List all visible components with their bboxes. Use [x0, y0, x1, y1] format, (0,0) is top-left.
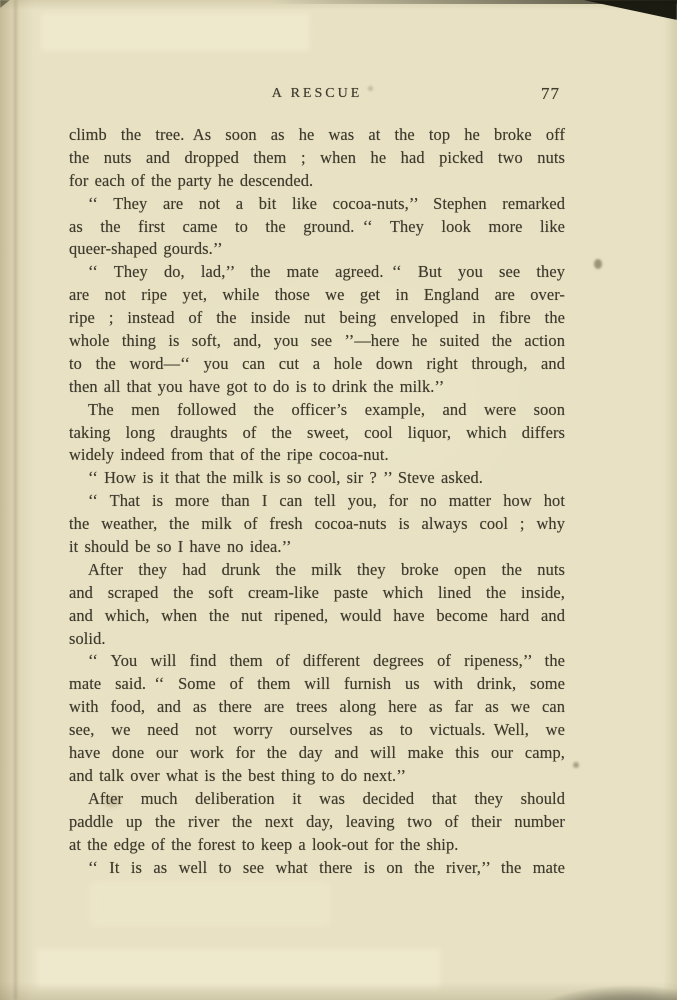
ink-speck — [594, 259, 602, 269]
text-line: the weather, the milk of fresh cocoa-nut… — [69, 513, 565, 536]
text-line: whole thing is soft, and, you see ’’—her… — [69, 330, 565, 353]
text-line: ‘‘ You will find them of different degre… — [69, 650, 565, 673]
ink-speck — [573, 762, 579, 768]
text-line: ‘‘ They do, lad,’’ the mate agreed. ‘‘ B… — [69, 261, 565, 284]
running-title: A RESCUE — [69, 86, 565, 102]
page-header: A RESCUE 77 — [69, 86, 565, 106]
text-line: as the first came to the ground. ‘‘ They… — [69, 216, 565, 239]
text-line: After much deliberation it was decided t… — [69, 788, 565, 811]
text-line: see, we need not worry ourselves as to v… — [69, 719, 565, 742]
scan-light-streak — [90, 882, 330, 926]
text-line: solid. — [69, 628, 565, 651]
page-number: 77 — [541, 84, 560, 104]
text-line: for each of the party he descended. — [69, 170, 565, 193]
text-line: ripe ; instead of the inside nut being e… — [69, 307, 565, 330]
text-line: and talk over what is the best thing to … — [69, 765, 565, 788]
text-line: are not ripe yet, while those we get in … — [69, 284, 565, 307]
text-line: taking long draughts of the sweet, cool … — [69, 422, 565, 445]
scanned-book-page: A RESCUE 77 climb the tree. As soon as h… — [0, 0, 677, 1000]
text-line: climb the tree. As soon as he was at the… — [69, 124, 565, 147]
text-line: After they had drunk the milk they broke… — [69, 559, 565, 582]
text-line: and scraped the soft cream-like paste wh… — [69, 582, 565, 605]
text-line: then all that you have got to do is to d… — [69, 376, 565, 399]
text-line: with food, and as there are trees along … — [69, 696, 565, 719]
text-line: ‘‘ They are not a bit like cocoa-nuts,’’… — [69, 193, 565, 216]
scan-light-streak — [36, 948, 441, 988]
text-line: the nuts and dropped them ; when he had … — [69, 147, 565, 170]
text-line: have done our work for the day and will … — [69, 742, 565, 765]
scan-edge-top-left — [0, 0, 10, 8]
text-line: The men followed the officer’s example, … — [69, 399, 565, 422]
page-crease-left — [14, 0, 17, 1000]
text-line: ‘‘ It is as well to see what there is on… — [69, 857, 565, 880]
text-line: widely indeed from that of the ripe coco… — [69, 444, 565, 467]
scan-edge-top — [271, 0, 677, 4]
text-line: it should be so I have no idea.’’ — [69, 536, 565, 559]
text-line: to the word—‘‘ you can cut a hole down r… — [69, 353, 565, 376]
scan-light-streak — [40, 12, 310, 52]
text-line: queer-shaped gourds.’’ — [69, 238, 565, 261]
text-line: at the edge of the forest to keep a look… — [69, 834, 565, 857]
page-text: climb the tree. As soon as he was at the… — [69, 124, 565, 879]
text-line: paddle up the river the next day, leavin… — [69, 811, 565, 834]
text-line: ‘‘ That is more than I can tell you, for… — [69, 490, 565, 513]
text-line: mate said. ‘‘ Some of them will furnish … — [69, 673, 565, 696]
text-line: ‘‘ How is it that the milk is so cool, s… — [69, 467, 565, 490]
text-line: and which, when the nut ripened, would h… — [69, 605, 565, 628]
